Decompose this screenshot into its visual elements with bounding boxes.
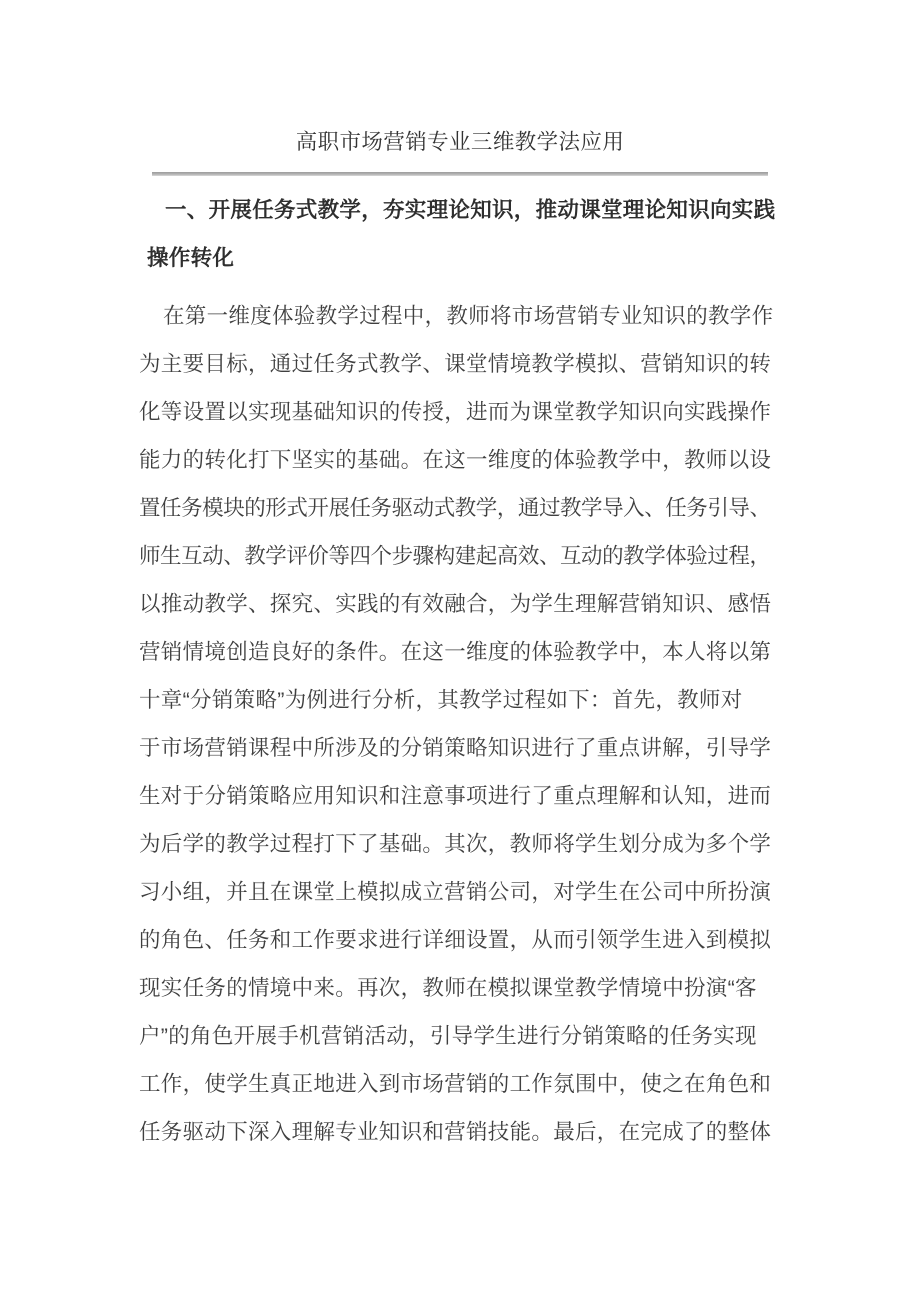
document-page: 高职市场营销专业三维教学法应用 一、开展任务式教学，夯实理论知识，推动课堂理论知… xyxy=(0,0,920,1302)
paragraph-line: 以推动教学、探究、实践的有效融合，为学生理解营销知识、感悟 xyxy=(139,580,780,628)
paragraph-line: 习小组，并且在课堂上模拟成立营销公司，对学生在公司中所扮演 xyxy=(139,868,780,916)
paragraph-line: 为主要目标，通过任务式教学、课堂情境教学模拟、营销知识的转 xyxy=(139,340,780,388)
paragraph-line: 在第一维度体验教学过程中，教师将市场营销专业知识的教学作 xyxy=(139,292,780,340)
body-paragraph: 在第一维度体验教学过程中，教师将市场营销专业知识的教学作 为主要目标，通过任务式… xyxy=(139,292,780,1156)
paragraph-line: 为后学的教学过程打下了基础。其次，教师将学生划分成为多个学 xyxy=(139,820,780,868)
paragraph-line: 化等设置以实现基础知识的传授，进而为课堂教学知识向实践操作 xyxy=(139,388,780,436)
paragraph-line: 置任务模块的形式开展任务驱动式教学，通过教学导入、任务引导、 xyxy=(139,484,780,532)
paragraph-line: 师生互动、教学评价等四个步骤构建起高效、互动的教学体验过程， xyxy=(139,532,780,580)
paragraph-line: 任务驱动下深入理解专业知识和营销技能。最后，在完成了的整体 xyxy=(139,1108,780,1156)
paragraph-line: 户”的角色开展手机营销活动，引导学生进行分销策略的任务实现 xyxy=(139,1012,780,1060)
paragraph-line: 生对于分销策略应用知识和注意事项进行了重点理解和认知，进而 xyxy=(139,772,780,820)
paragraph-line: 营销情境创造良好的条件。在这一维度的体验教学中，本人将以第 xyxy=(139,628,780,676)
document-title: 高职市场营销专业三维教学法应用 xyxy=(0,0,920,157)
section-heading-line-2: 操作转化 xyxy=(147,234,780,282)
paragraph-line: 的角色、任务和工作要求进行详细设置，从而引领学生进入到模拟 xyxy=(139,916,780,964)
paragraph-line: 现实任务的情境中来。再次，教师在模拟课堂教学情境中扮演“客 xyxy=(139,964,780,1012)
section-heading-line-1: 一、开展任务式教学，夯实理论知识，推动课堂理论知识向实践 xyxy=(147,186,780,234)
title-divider-rule xyxy=(152,172,768,176)
paragraph-line: 工作，使学生真正地进入到市场营销的工作氛围中，使之在角色和 xyxy=(139,1060,780,1108)
paragraph-line: 于市场营销课程中所涉及的分销策略知识进行了重点讲解，引导学 xyxy=(139,724,780,772)
paragraph-line: 十章“分销策略”为例进行分析，其教学过程如下：首先，教师对 xyxy=(139,676,780,724)
paragraph-line: 能力的转化打下坚实的基础。在这一维度的体验教学中，教师以设 xyxy=(139,436,780,484)
section-heading: 一、开展任务式教学，夯实理论知识，推动课堂理论知识向实践 操作转化 xyxy=(147,186,780,282)
